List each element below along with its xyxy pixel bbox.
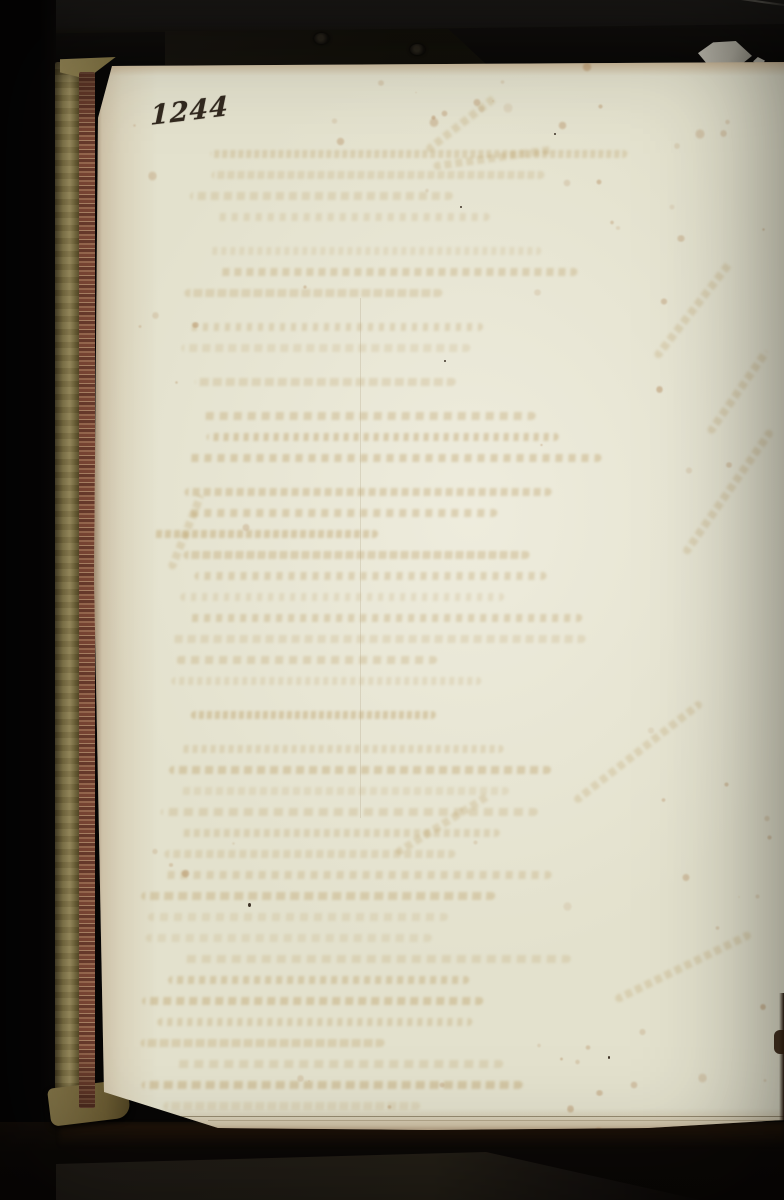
bleedthrough-line <box>184 289 443 297</box>
foxing-spot <box>175 381 178 384</box>
bleedthrough-line <box>186 323 483 331</box>
foxing-spot <box>615 226 621 231</box>
foxing-spot <box>560 1057 563 1061</box>
foxing-spot <box>724 782 729 787</box>
bleedthrough-line <box>157 1018 473 1026</box>
bleedthrough-line <box>142 997 484 1005</box>
foxing-spot <box>429 117 439 127</box>
bleedthrough-line <box>204 412 536 420</box>
foxing-spot <box>661 798 665 801</box>
foxing-spot <box>682 873 690 882</box>
ink-speck <box>554 133 556 135</box>
bleedthrough-line <box>161 808 538 816</box>
foxing-spot <box>725 119 730 125</box>
foxing-spot <box>168 863 174 868</box>
ink-speck <box>460 206 462 208</box>
foxing-spot <box>575 1059 580 1065</box>
spine-texture <box>55 62 82 1116</box>
foxing-spot <box>725 462 733 468</box>
edge-mark <box>774 1030 784 1054</box>
foxing-spot <box>695 128 705 139</box>
foxing-spot <box>595 1090 604 1096</box>
background-top <box>0 0 784 70</box>
foxing-spot <box>720 129 728 138</box>
foxing-spot <box>674 142 680 150</box>
foxing-spot <box>441 110 448 117</box>
bleedthrough-line <box>141 892 495 900</box>
bleedthrough-line <box>190 192 453 200</box>
bleedthrough-marginalia <box>653 260 733 359</box>
foxing-spot <box>563 179 571 188</box>
bleedthrough-marginalia <box>572 700 703 805</box>
foxing-spot <box>585 1045 591 1050</box>
bleedthrough-line <box>174 1060 503 1068</box>
foxing-spot <box>439 1082 444 1088</box>
foxing-spot <box>415 92 417 93</box>
bleedthrough-line <box>181 344 470 352</box>
foxing-spot <box>533 289 542 296</box>
foxing-spot <box>377 80 385 86</box>
page-right-edge <box>779 993 784 1125</box>
rig-screw-icon <box>314 33 329 44</box>
foxing-spot <box>232 842 235 845</box>
bleedthrough-line <box>188 614 582 622</box>
foxing-spot <box>133 124 136 126</box>
bleedthrough-marginalia <box>706 349 770 436</box>
bleedthrough-line <box>194 572 547 580</box>
foxing-spot <box>669 204 676 210</box>
foxing-spot <box>537 1043 541 1048</box>
bleedthrough-line <box>217 213 490 221</box>
book-spine <box>55 62 82 1116</box>
foxing-spot <box>767 835 772 841</box>
bleedthrough-line <box>182 829 500 837</box>
bleedthrough-line <box>191 711 436 719</box>
foxing-spot <box>425 188 429 193</box>
bleedthrough-line <box>145 934 432 942</box>
foxing-spot <box>760 1003 766 1011</box>
foxing-spot <box>639 1028 647 1036</box>
ink-speck <box>444 360 446 362</box>
bleedthrough-line <box>148 913 448 921</box>
foxing-spot <box>596 179 602 185</box>
foxing-spot <box>738 896 740 898</box>
bleedthrough-line <box>163 1102 420 1110</box>
bleedthrough-line <box>184 488 551 496</box>
folio-number: 1244 <box>150 93 229 130</box>
bleedthrough-line <box>195 378 457 386</box>
foxing-spot <box>676 235 686 242</box>
foxing-spot <box>297 1074 304 1083</box>
foxing-spot <box>656 385 663 394</box>
ink-speck <box>608 1056 610 1059</box>
bleedthrough-line <box>186 454 601 462</box>
foxing-spot <box>563 901 572 911</box>
background-left <box>0 0 56 1200</box>
foxing-spot <box>755 894 761 900</box>
foxing-spot <box>473 98 480 107</box>
page-fore-edge <box>79 72 95 1108</box>
ink-bleedthrough-column <box>120 150 601 1130</box>
bleedthrough-line <box>181 745 504 753</box>
foxing-spot <box>331 118 338 124</box>
foxing-spot <box>336 137 345 147</box>
bleedthrough-marginalia <box>614 931 752 1004</box>
bleedthrough-line <box>219 268 578 276</box>
bleedthrough-line <box>141 1081 522 1089</box>
bleedthrough-line <box>181 787 509 795</box>
foxing-spot <box>762 228 765 231</box>
bleedthrough-line <box>165 850 456 858</box>
bleedthrough-line <box>209 247 541 255</box>
bleedthrough-line <box>168 976 469 984</box>
foxing-spot <box>610 220 615 225</box>
bleedthrough-line <box>183 551 529 559</box>
foxing-spot <box>630 1081 638 1090</box>
ink-speck <box>248 903 251 907</box>
bleedthrough-line <box>183 955 571 963</box>
bottom-rule-line <box>128 1116 784 1117</box>
rig-screw-icon <box>410 44 425 55</box>
foxing-spot <box>503 102 513 113</box>
bleedthrough-line <box>161 871 551 879</box>
manuscript-photograph: 1244 <box>0 0 784 1200</box>
foxing-spot <box>500 80 504 84</box>
bleedthrough-line <box>188 509 497 517</box>
foxing-spot <box>152 311 160 321</box>
foxing-spot <box>763 1079 766 1083</box>
bleedthrough-line <box>206 433 558 441</box>
foxing-spot <box>685 467 693 474</box>
bleedthrough-line <box>141 1039 385 1047</box>
foxing-spot <box>387 1105 391 1109</box>
bleedthrough-line <box>173 635 586 643</box>
foxing-spot <box>138 325 142 328</box>
foxing-spot <box>698 1072 707 1083</box>
bleedthrough-line <box>170 677 481 685</box>
bleedthrough-marginalia <box>682 428 775 555</box>
bottom-rule-line-faint <box>208 1120 784 1121</box>
foxing-spot <box>558 121 566 131</box>
foxing-spot <box>715 926 720 930</box>
bleedthrough-line <box>211 171 544 179</box>
foxing-spot <box>660 298 668 305</box>
foxing-spot <box>764 815 770 822</box>
manuscript-page: 1244 <box>88 58 784 1138</box>
bleedthrough-line <box>176 656 438 664</box>
bleedthrough-line <box>210 150 627 158</box>
foxing-spot <box>598 104 604 109</box>
foxing-spot <box>567 1104 575 1114</box>
bleedthrough-line <box>180 593 504 601</box>
bleedthrough-line <box>169 766 551 774</box>
foxing-spot <box>148 170 158 182</box>
